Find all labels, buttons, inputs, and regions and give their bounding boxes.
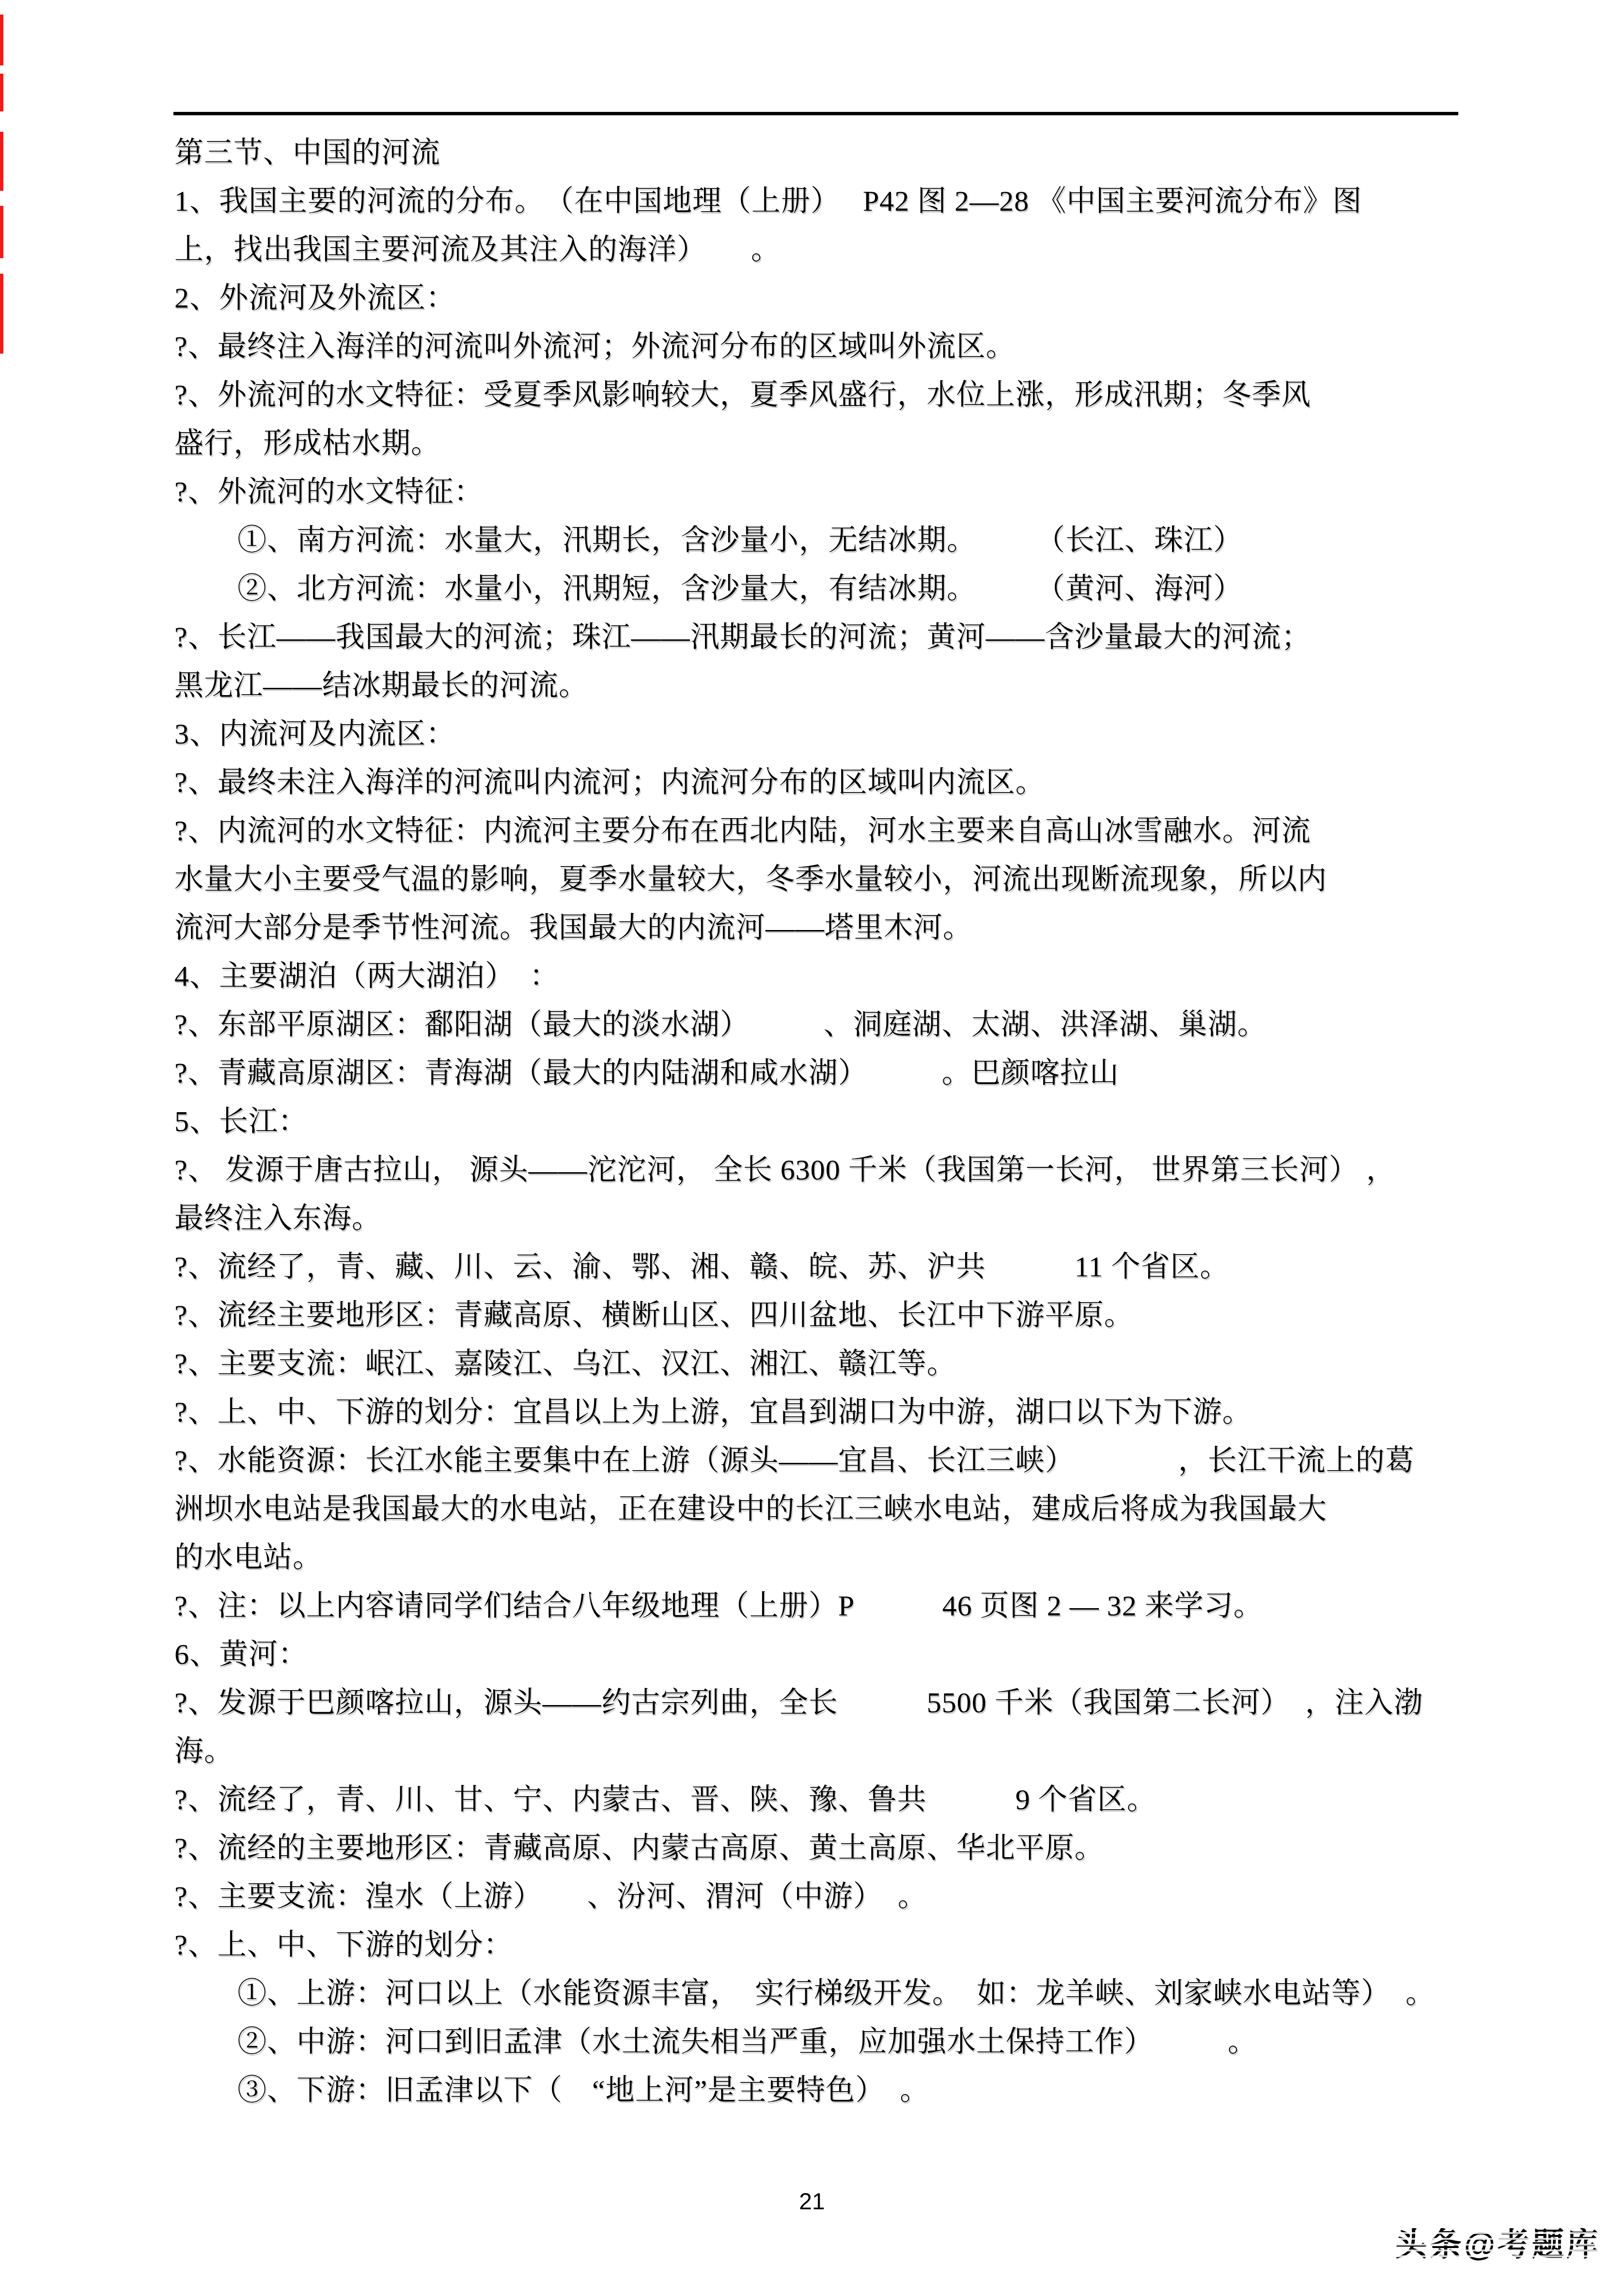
text-line: ?、青藏高原湖区：青海湖（最大的内陆湖和咸水湖） 。巴颜喀拉山 [174, 1049, 1608, 1097]
text-line: ?、长江——我国最大的河流；珠江——汛期最长的河流；黄河——含沙量最大的河流； [174, 613, 1608, 661]
red-edge-mark [0, 206, 3, 258]
text-line: ①、上游：河口以上（水能资源丰富， 实行梯级开发。 如：龙羊峡、刘家峡水电站等）… [174, 1969, 1608, 2017]
red-edge-mark [0, 74, 3, 111]
document-lines: 第三节、中国的河流1、我国主要的河流的分布。 （在中国地理（上册） P42 图 … [174, 128, 1608, 2114]
text-line: ?、最终注入海洋的河流叫外流河；外流河分布的区域叫外流区。 [174, 322, 1608, 371]
text-line: ?、外流河的水文特征： [174, 467, 1608, 516]
text-line: 2、外流河及外流区： [174, 274, 1608, 322]
text-line: ?、发源于巴颜喀拉山，源头——约古宗列曲，全长 5500 千米（我国第二长河） … [174, 1678, 1608, 1727]
text-line: 黑龙江——结冰期最长的河流。 [174, 661, 1608, 710]
text-line: 4、主要湖泊（两大湖泊） ： [174, 952, 1608, 1000]
text-line: ?、水能资源：长江水能主要集中在上游（源头——宜昌、长江三峡） ，长江干流上的葛 [174, 1436, 1608, 1485]
page-number: 21 [0, 2188, 1624, 2216]
text-line: ?、上、中、下游的划分：宜昌以上为上游，宜昌到湖口为中游，湖口以下为下游。 [174, 1388, 1608, 1436]
text-line: ②、中游：河口到旧孟津（水土流失相当严重，应加强水土保持工作） 。 [174, 2017, 1608, 2066]
text-line: 5、长江： [174, 1097, 1608, 1146]
text-line: ?、流经的主要地形区：青藏高原、内蒙古高原、黄土高原、华北平原。 [174, 1824, 1608, 1872]
text-line: ?、流经主要地形区：青藏高原、横断山区、四川盆地、长江中下游平原。 [174, 1291, 1608, 1339]
text-line: ?、东部平原湖区：鄱阳湖（最大的淡水湖） 、洞庭湖、太湖、洪泽湖、巢湖。 [174, 1000, 1608, 1049]
text-line: 6、黄河： [174, 1630, 1608, 1678]
text-line: 水量大小主要受气温的影响，夏季水量较大，冬季水量较小，河流出现断流现象，所以内 [174, 855, 1608, 903]
red-edge-mark [0, 15, 3, 65]
text-line: ?、主要支流：岷江、嘉陵江、乌江、汉江、湘江、赣江等。 [174, 1339, 1608, 1388]
text-line: ?、主要支流：湟水（上游） 、汾河、渭河（中游） 。 [174, 1872, 1608, 1921]
text-line: 上，找出我国主要河流及其注入的海洋） 。 [174, 225, 1608, 274]
text-line: ①、南方河流：水量大，汛期长，含沙量小，无结冰期。 （长江、珠江） [174, 516, 1608, 564]
text-line: 的水电站。 [174, 1533, 1608, 1582]
text-line: 流河大部分是季节性河流。我国最大的内流河——塔里木河。 [174, 903, 1608, 952]
text-line: ?、 发源于唐古拉山， 源头——沱沱河， 全长 6300 千米（我国第一长河， … [174, 1146, 1608, 1194]
text-line: ?、最终未注入海洋的河流叫内流河；内流河分布的区域叫内流区。 [174, 758, 1608, 807]
text-line: 3、内流河及内流区： [174, 710, 1608, 758]
watermark: 头条@考题库 [1395, 2222, 1601, 2266]
text-line: 盛行，形成枯水期。 [174, 419, 1608, 467]
text-line: 最终注入东海。 [174, 1194, 1608, 1242]
red-edge-mark [0, 274, 3, 354]
red-edge-mark [0, 132, 3, 191]
text-line: 第三节、中国的河流 [174, 128, 1608, 177]
text-line: 海。 [174, 1727, 1608, 1775]
text-line: ?、流经了，青、川、甘、宁、内蒙古、晋、陕、豫、鲁共 9 个省区。 [174, 1775, 1608, 1824]
watermark-text: 头条@考题库 [1395, 2226, 1601, 2262]
text-line: ?、内流河的水文特征：内流河主要分布在西北内陆，河水主要来自高山冰雪融水。河流 [174, 807, 1608, 855]
text-line: ?、流经了，青、藏、川、云、渝、鄂、湘、赣、皖、苏、沪共 11 个省区。 [174, 1242, 1608, 1291]
text-line: ?、注：以上内容请同学们结合八年级地理（上册）P 46 页图 2 — 32 来学… [174, 1582, 1608, 1630]
text-line: ?、上、中、下游的划分： [174, 1921, 1608, 1969]
document-page: 第三节、中国的河流1、我国主要的河流的分布。 （在中国地理（上册） P42 图 … [0, 0, 1624, 2296]
text-line: ③、下游：旧孟津以下（ “地上河”是主要特色） 。 [174, 2066, 1608, 2114]
top-rule [173, 112, 1458, 115]
text-line: ?、外流河的水文特征：受夏季风影响较大，夏季风盛行，水位上涨，形成汛期；冬季风 [174, 371, 1608, 419]
text-line: 1、我国主要的河流的分布。 （在中国地理（上册） P42 图 2—28 《中国主… [174, 177, 1608, 225]
text-line: 洲坝水电站是我国最大的水电站，正在建设中的长江三峡水电站，建成后将成为我国最大 [174, 1485, 1608, 1533]
text-line: ②、北方河流：水量小，汛期短，含沙量大，有结冰期。 （黄河、海河） [174, 564, 1608, 613]
